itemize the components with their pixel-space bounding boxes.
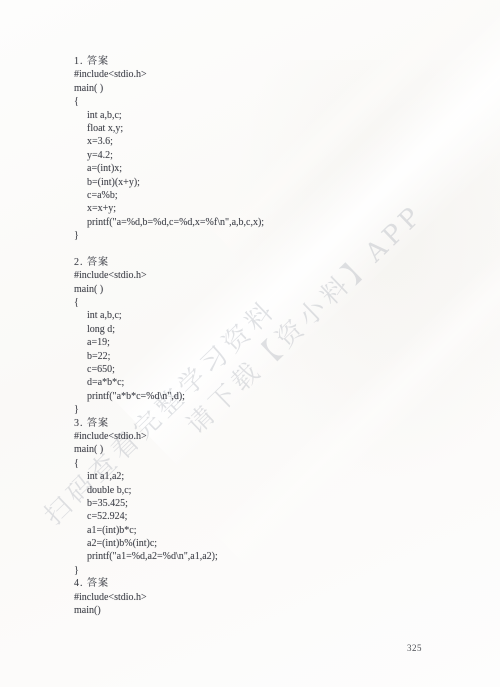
code-line: int a,b,c; <box>74 309 264 322</box>
code-line: double b,c; <box>74 484 264 497</box>
code-line: printf("a*b*c=%d\n",d); <box>74 390 264 403</box>
answer-heading: 1. 答案 <box>74 55 264 68</box>
code-line: a2=(int)b%(int)c; <box>74 537 264 550</box>
code-line: main() <box>74 604 264 617</box>
scan-wash-artifact <box>230 60 500 480</box>
code-line: a=(int)x; <box>74 162 264 175</box>
code-line: printf("a=%d,b=%d,c=%d,x=%f\n",a,b,c,x); <box>74 216 264 229</box>
code-line: main( ) <box>74 82 264 95</box>
answer-heading: 2. 答案 <box>74 256 264 269</box>
page-number: 325 <box>407 643 422 653</box>
code-line: b=(int)(x+y); <box>74 176 264 189</box>
code-line: { <box>74 95 264 108</box>
code-line: d=a*b*c; <box>74 376 264 389</box>
code-line: a1=(int)b*c; <box>74 524 264 537</box>
code-line: int a,b,c; <box>74 109 264 122</box>
code-line: main( ) <box>74 283 264 296</box>
code-line: b=35.425; <box>74 497 264 510</box>
code-line: long d; <box>74 323 264 336</box>
code-listing: 1. 答案#include<stdio.h>main( ){int a,b,c;… <box>74 55 264 617</box>
code-line: #include<stdio.h> <box>74 430 264 443</box>
code-line: } <box>74 564 264 577</box>
code-line: float x,y; <box>74 122 264 135</box>
code-line <box>74 242 264 255</box>
code-line: c=650; <box>74 363 264 376</box>
code-line: a=19; <box>74 336 264 349</box>
code-line: c=52.924; <box>74 510 264 523</box>
answer-heading: 3. 答案 <box>74 417 264 430</box>
code-line: printf("a1=%d,a2=%d\n",a1,a2); <box>74 550 264 563</box>
code-line: int a1,a2; <box>74 470 264 483</box>
answer-heading: 4. 答案 <box>74 577 264 590</box>
code-line: #include<stdio.h> <box>74 269 264 282</box>
code-line: b=22; <box>74 350 264 363</box>
code-line: { <box>74 457 264 470</box>
code-line: } <box>74 403 264 416</box>
code-line: x=x+y; <box>74 202 264 215</box>
code-line: x=3.6; <box>74 135 264 148</box>
code-line: #include<stdio.h> <box>74 591 264 604</box>
code-line: } <box>74 229 264 242</box>
code-line: #include<stdio.h> <box>74 68 264 81</box>
code-line: main( ) <box>74 443 264 456</box>
code-line: y=4.2; <box>74 149 264 162</box>
document-page: 扫码查看完整学习资料 请下载【资小料】APP 1. 答案#include<std… <box>0 0 500 687</box>
code-line: c=a%b; <box>74 189 264 202</box>
code-line: { <box>74 296 264 309</box>
